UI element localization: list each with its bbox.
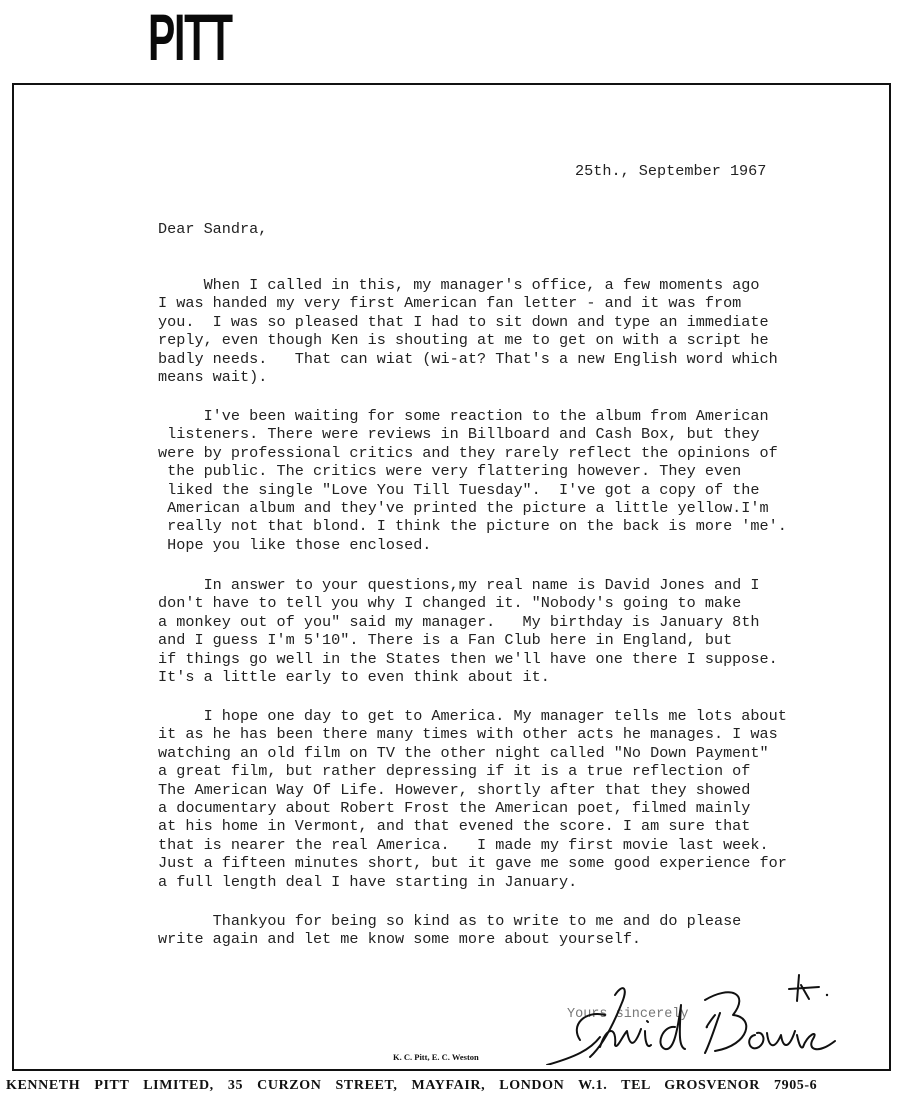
text-line: Hope you like those enclosed. xyxy=(158,536,787,554)
text-line: don't have to tell you why I changed it.… xyxy=(158,594,778,612)
text-line: listeners. There were reviews in Billboa… xyxy=(158,425,787,443)
directors-line: K. C. Pitt, E. C. Weston xyxy=(393,1052,479,1062)
paragraph-4: I hope one day to get to America. My man… xyxy=(158,707,787,891)
text-line: you. I was so pleased that I had to sit … xyxy=(158,313,778,331)
text-line: When I called in this, my manager's offi… xyxy=(158,276,778,294)
text-line: reply, even though Ken is shouting at me… xyxy=(158,331,778,349)
letterhead-footer-address: KENNETH PITT LIMITED, 35 CURZON STREET, … xyxy=(6,1078,896,1094)
text-line: I've been waiting for some reaction to t… xyxy=(158,407,787,425)
signature-image xyxy=(545,965,845,1065)
text-line: and I guess I'm 5'10". There is a Fan Cl… xyxy=(158,631,778,649)
text-line: a great film, but rather depressing if i… xyxy=(158,762,787,780)
text-line: watching an old film on TV the other nig… xyxy=(158,744,787,762)
letter-date: 25th., September 1967 xyxy=(575,162,766,180)
text-line: at his home in Vermont, and that evened … xyxy=(158,817,787,835)
text-line: that is nearer the real America. I made … xyxy=(158,836,787,854)
letterhead-logo: PITT xyxy=(148,4,232,70)
text-line: it as he has been there many times with … xyxy=(158,725,787,743)
paragraph-2: I've been waiting for some reaction to t… xyxy=(158,407,787,554)
paragraph-5: Thankyou for being so kind as to write t… xyxy=(158,912,741,949)
text-line: It's a little early to even think about … xyxy=(158,668,778,686)
text-line: American album and they've printed the p… xyxy=(158,499,787,517)
text-line: write again and let me know some more ab… xyxy=(158,930,741,948)
text-line: badly needs. That can wiat (wi-at? That'… xyxy=(158,350,778,368)
text-line: liked the single "Love You Till Tuesday"… xyxy=(158,481,787,499)
text-line: I hope one day to get to America. My man… xyxy=(158,707,787,725)
paragraph-1: When I called in this, my manager's offi… xyxy=(158,276,778,386)
text-line: a documentary about Robert Frost the Ame… xyxy=(158,799,787,817)
text-line: Thankyou for being so kind as to write t… xyxy=(158,912,741,930)
text-line: Just a fifteen minutes short, but it gav… xyxy=(158,854,787,872)
text-line: The American Way Of Life. However, short… xyxy=(158,781,787,799)
text-line: In answer to your questions,my real name… xyxy=(158,576,778,594)
text-line: if things go well in the States then we'… xyxy=(158,650,778,668)
text-line: were by professional critics and they ra… xyxy=(158,444,787,462)
text-line: really not that blond. I think the pictu… xyxy=(158,517,787,535)
text-line: means wait). xyxy=(158,368,778,386)
text-line: I was handed my very first American fan … xyxy=(158,294,778,312)
paragraph-3: In answer to your questions,my real name… xyxy=(158,576,778,686)
text-line: a full length deal I have starting in Ja… xyxy=(158,873,787,891)
text-line: a monkey out of you" said my manager. My… xyxy=(158,613,778,631)
letter-salutation: Dear Sandra, xyxy=(158,220,267,238)
text-line: the public. The critics were very flatte… xyxy=(158,462,787,480)
